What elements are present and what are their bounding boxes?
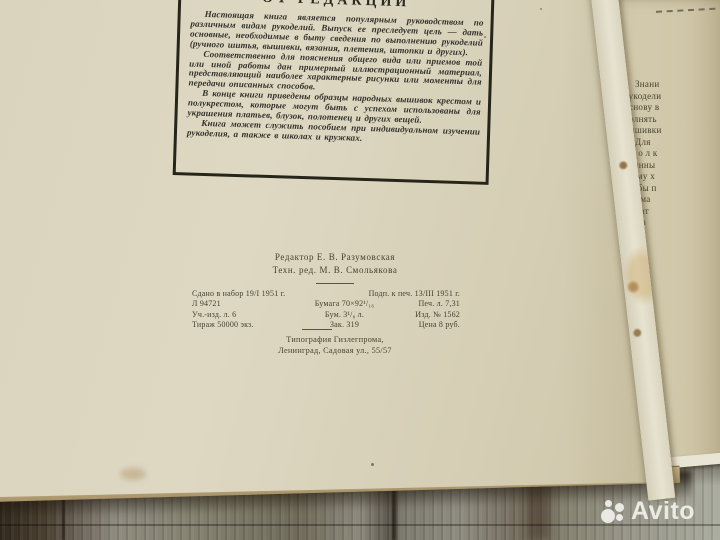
colophon-cell: Бум. 3¹/₈ л. — [325, 310, 364, 320]
colophon-cell: Тираж 50000 экз. — [192, 320, 254, 330]
next-page-text-line: Знани — [624, 79, 720, 91]
wood-plank-edge — [0, 524, 720, 526]
divider-rule — [316, 283, 354, 284]
next-page-text-line: основу в — [624, 102, 720, 114]
divider-rule — [302, 329, 332, 330]
editorial-note-paragraphs: Настоящая книга является популярным руко… — [187, 9, 484, 147]
tech-editor-line: Техн. ред. М. В. Смольякова — [200, 264, 470, 277]
colophon-cell: Изд. № 1562 — [415, 310, 460, 320]
next-page-text-line: полнять — [624, 114, 720, 126]
next-page-text-line: и г о л к — [624, 148, 720, 160]
colophon-row: Л 94721 Бумага 70×92¹/₁₆ Печ. л. 7,31 — [192, 299, 460, 309]
next-page-text-line: Для — [624, 137, 720, 149]
printer-line: Ленинград, Садовая ул., 55/57 — [210, 345, 460, 356]
next-page-text-line: длинны — [624, 160, 720, 172]
watermark-label: Avito — [631, 499, 695, 524]
printer-block: Типография Гизлегпрома, Ленинград, Садов… — [210, 334, 460, 356]
avito-logo-icon — [601, 500, 625, 524]
next-page-text-line: рукодели — [624, 91, 720, 103]
paper-speck — [371, 463, 374, 466]
next-page-text-line: вышивки — [624, 125, 720, 137]
colophon-cell: Зак. 319 — [330, 320, 359, 330]
avito-watermark: Avito — [601, 499, 695, 524]
dashed-rule — [656, 7, 720, 13]
editorial-note-frame: ОТ РЕДАКЦИИ Настоящая книга является поп… — [173, 0, 496, 185]
paper-stain — [120, 468, 146, 480]
colophon-block: Сдано в набор 19/I 1951 г. Подп. к печ. … — [192, 289, 460, 331]
editor-line: Редактор Е. В. Разумовская — [200, 251, 470, 264]
colophon-cell: Л 94721 — [192, 299, 221, 309]
colophon-row: Сдано в набор 19/I 1951 г. Подп. к печ. … — [192, 289, 460, 299]
colophon-cell: Бумага 70×92¹/₁₆ — [315, 299, 375, 309]
printer-line: Типография Гизлегпрома, — [210, 334, 460, 345]
colophon-cell: Цена 8 руб. — [419, 320, 460, 330]
paper-speck — [540, 8, 542, 10]
editors-block: Редактор Е. В. Разумовская Техн. ред. М.… — [200, 251, 470, 277]
book-photo: Знанирукоделиоснову вполнятьвышивкиДляи … — [0, 0, 720, 540]
colophon-row: Уч.-изд. л. 6 Бум. 3¹/₈ л. Изд. № 1562 — [192, 310, 460, 320]
colophon-cell: Подп. к печ. 13/III 1951 г. — [369, 289, 460, 299]
colophon-cell: Печ. л. 7,31 — [418, 299, 460, 309]
colophon-cell: Сдано в набор 19/I 1951 г. — [192, 289, 285, 299]
colophon-cell: Уч.-изд. л. 6 — [192, 310, 236, 320]
